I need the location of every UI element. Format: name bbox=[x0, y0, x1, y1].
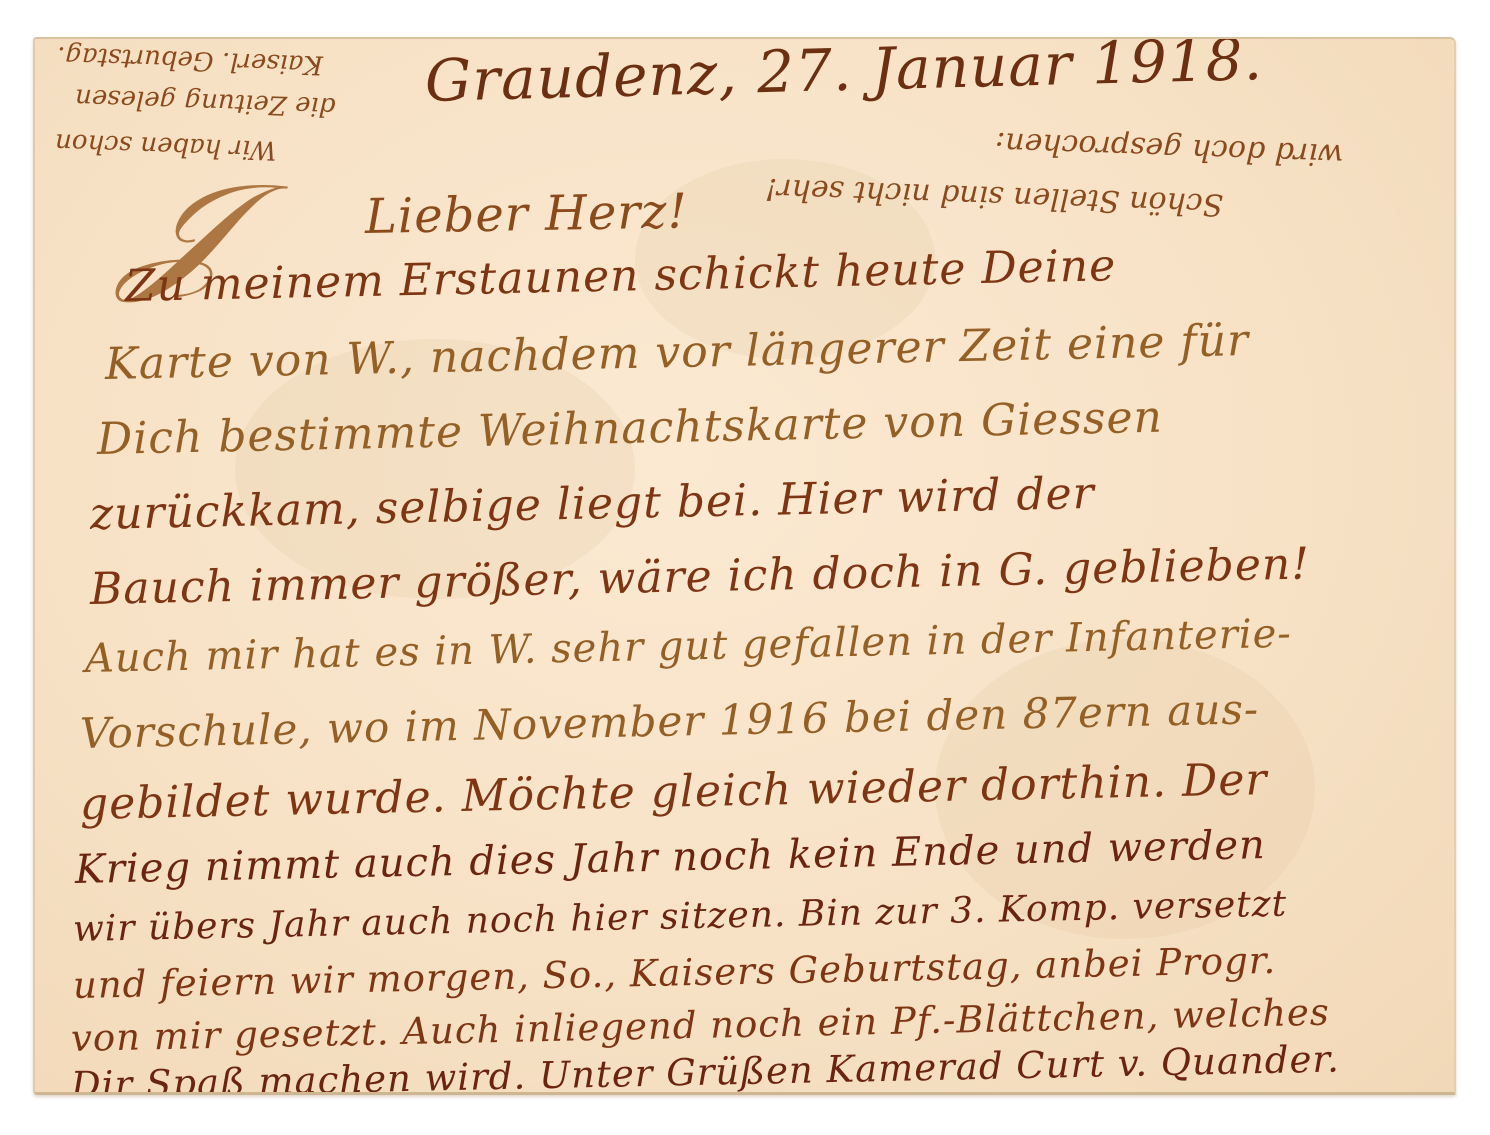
marginal-note-line: Kaiserl. Geburtstag. bbox=[57, 40, 324, 79]
letter-date: 27. Januar 1918. bbox=[756, 37, 1264, 106]
body-line: Zu meinem Erstaunen schickt heute Deine bbox=[124, 240, 1116, 312]
body-line: wir übers Jahr auch noch hier sitzen. Bi… bbox=[73, 884, 1288, 950]
salutation: Lieber Herz! bbox=[365, 183, 689, 245]
body-line: Krieg nimmt auch dies Jahr noch kein End… bbox=[75, 822, 1267, 893]
body-line: Vorschule, wo im November 1916 bei den 8… bbox=[79, 684, 1259, 758]
body-line: Auch mir hat es in W. sehr gut gefallen … bbox=[85, 611, 1293, 682]
body-line: gebildet wurde. Möchte gleich wieder dor… bbox=[79, 754, 1267, 830]
letter-heading: Graudenz, 27. Januar 1918. bbox=[424, 37, 1264, 115]
marginal-note-line: wird doch gesprochen: bbox=[994, 125, 1344, 172]
body-line: Karte von W., nachdem vor längerer Zeit … bbox=[104, 315, 1249, 390]
postcard: Kaiserl. Geburtstag. die Zeitung gelesen… bbox=[33, 37, 1456, 1095]
body-line: Bauch immer größer, wäre ich doch in G. … bbox=[89, 538, 1310, 615]
body-line: zurückkam, selbige liegt bei. Hier wird … bbox=[89, 468, 1095, 540]
marginal-note-line: Schön Stellen sind nicht sehr! bbox=[765, 171, 1224, 222]
marginal-note-line: die Zeitung gelesen bbox=[75, 82, 336, 121]
body-line: Dich bestimmte Weihnachtskarte von Giess… bbox=[96, 392, 1163, 465]
place-name: Graudenz, bbox=[424, 39, 738, 115]
